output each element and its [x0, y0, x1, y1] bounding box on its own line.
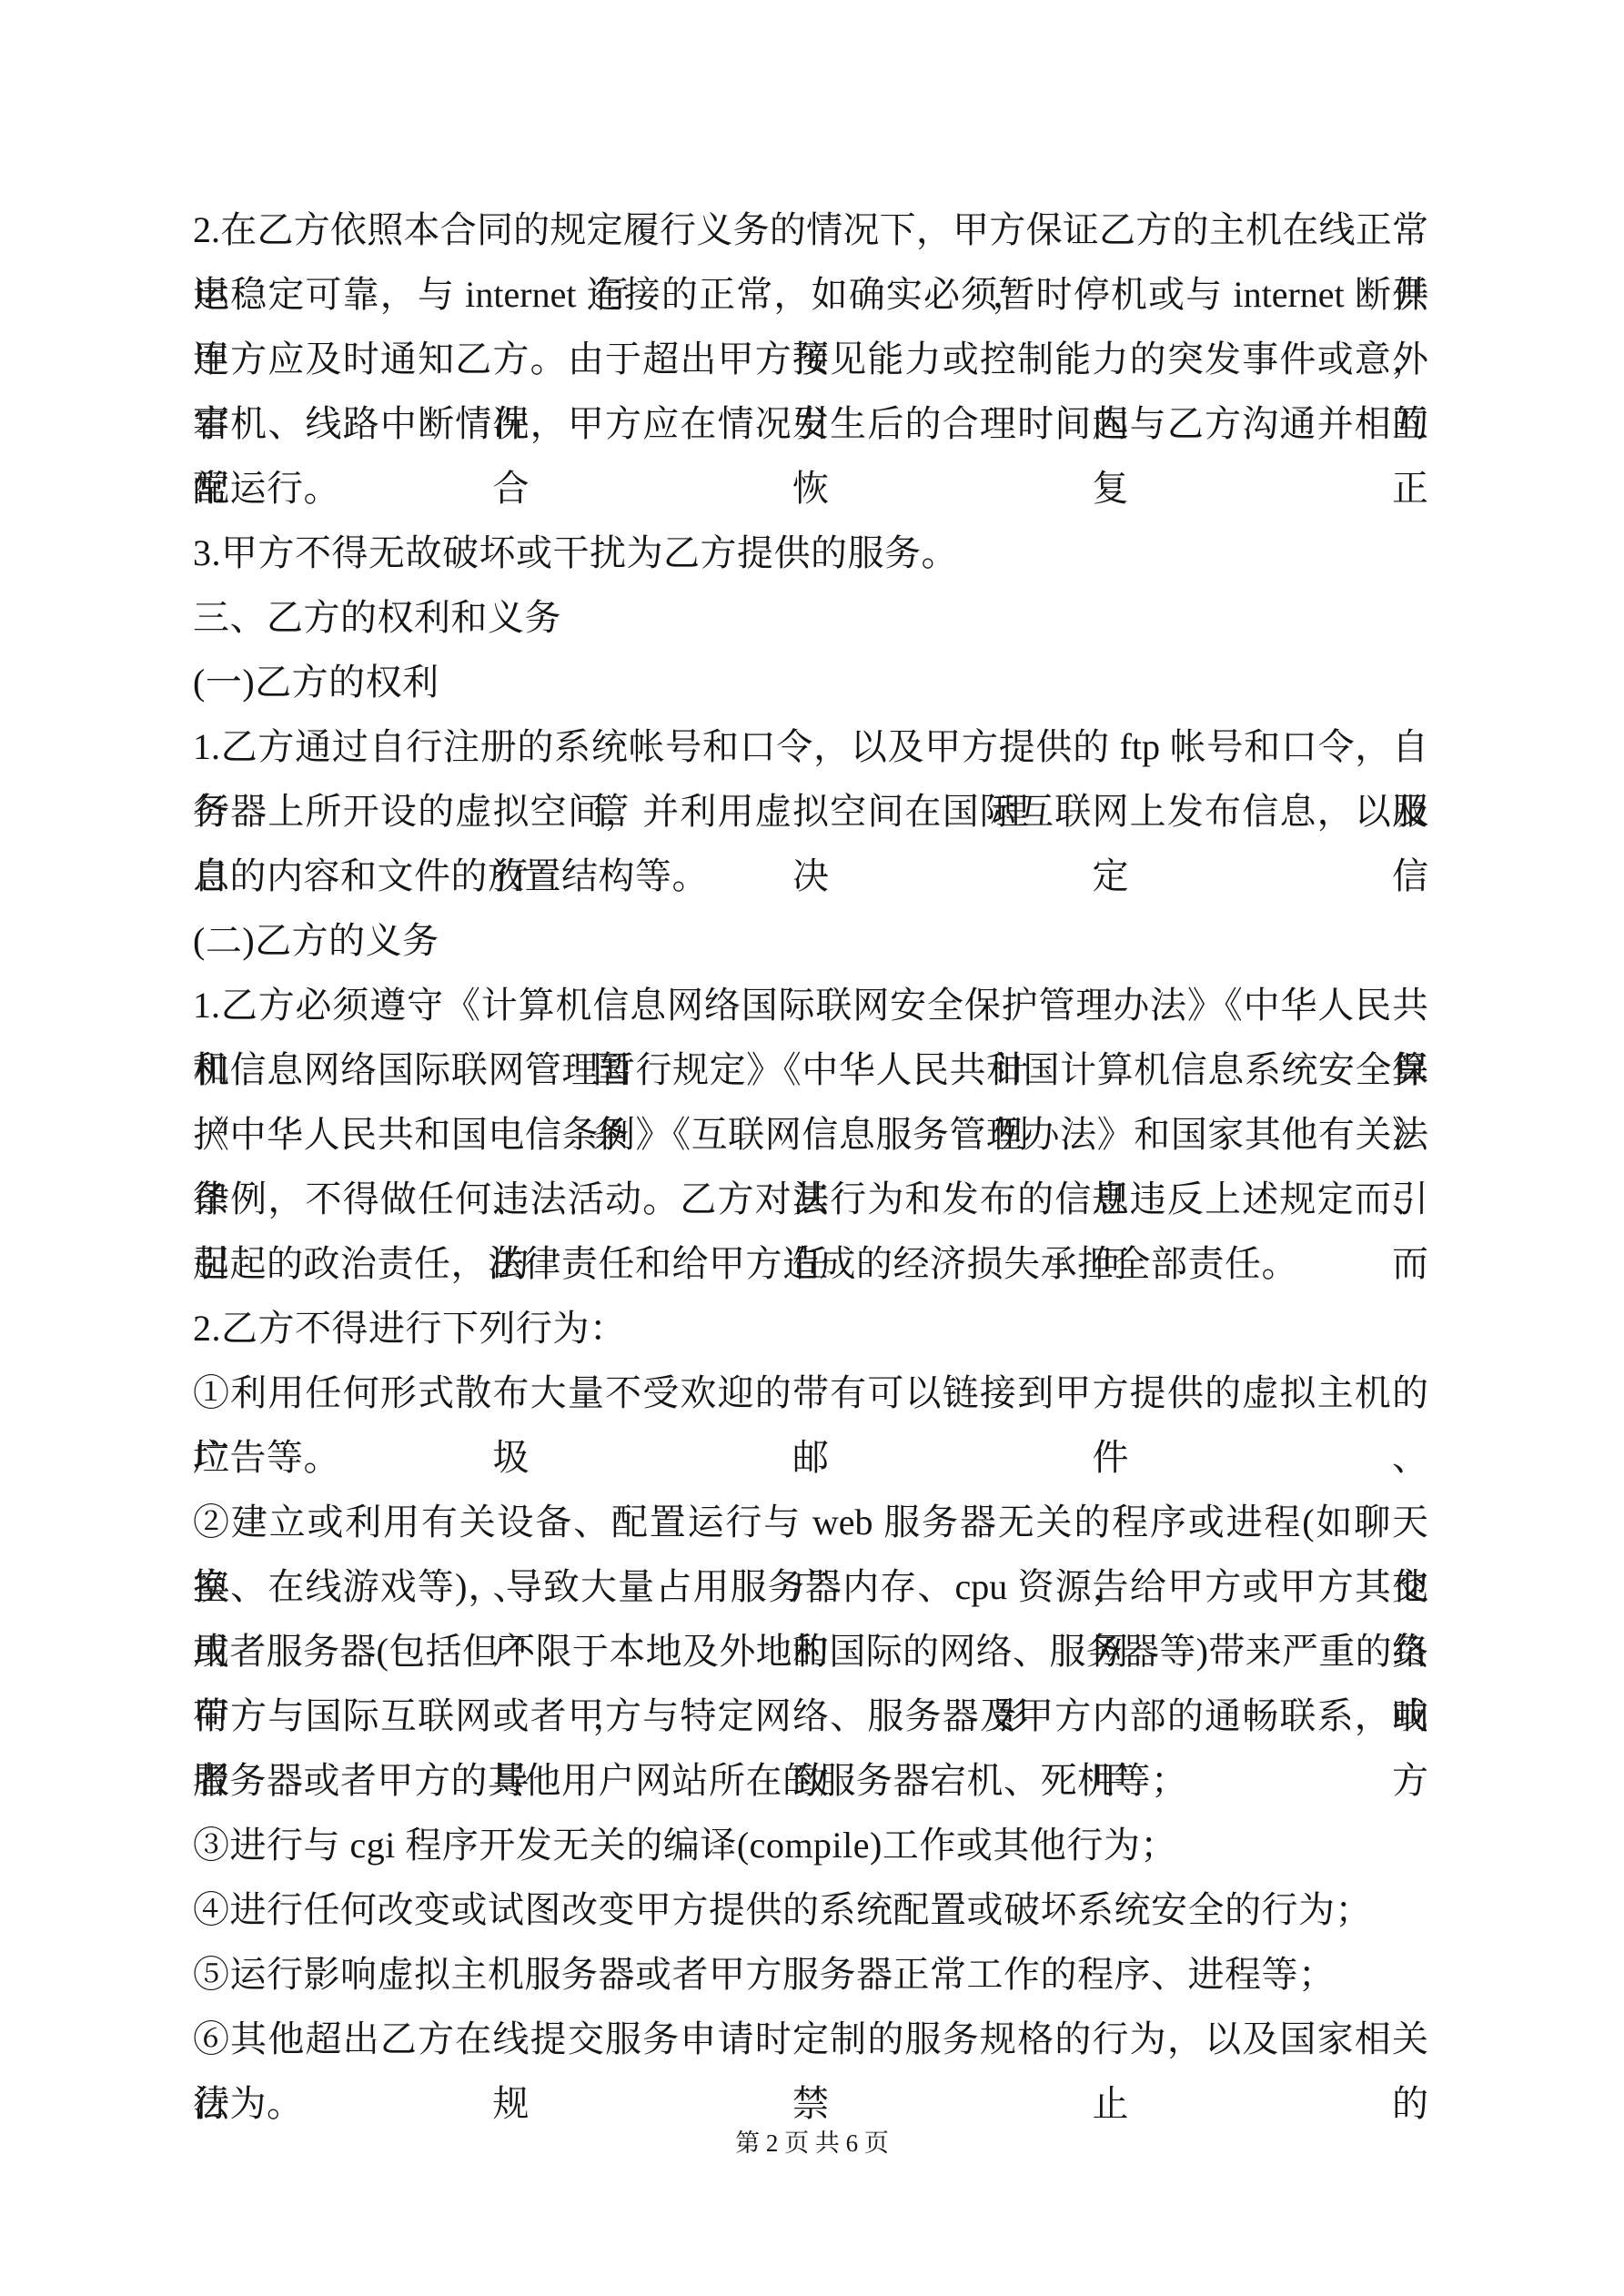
paragraph: 三、乙方的权利和义务 [193, 585, 1428, 650]
paragraph: ⑤运行影响虚拟主机服务器或者甲方服务器正常工作的程序、进程等； [193, 1942, 1428, 2007]
text-line: 机信息网络国际联网管理暂行规定》《中华人民共和国计算机信息系统安全保护条例》 [193, 1037, 1428, 1102]
text-line: 或者服务器(包括但不限于本地及外地和国际的网络、服务器等)带来严重的负荷，影响 [193, 1619, 1428, 1684]
paragraph: ⑥其他超出乙方在线提交服务申请时定制的服务规格的行为，以及国家相关法规禁止的行为… [193, 2007, 1428, 2136]
paragraph: ①利用任何形式散布大量不受欢迎的带有可以链接到甲方提供的虚拟主机的垃圾邮件、广告… [193, 1360, 1428, 1490]
paragraph: 1.乙方必须遵守《计算机信息网络国际联网安全保护管理办法》《中华人民共和国计算机… [193, 973, 1428, 1296]
document-content: 2.在乙方依照本合同的规定履行义务的情况下，甲方保证乙方的主机在线正常运行，供电… [193, 197, 1428, 2136]
text-line: 宕机、线路中断情况，甲方应在情况发生后的合理时间内与乙方沟通并相互配合恢复正 [193, 391, 1428, 456]
document-page: 2.在乙方依照本合同的规定履行义务的情况下，甲方保证乙方的主机在线正常运行，供电… [0, 0, 1624, 2296]
text-line: (一)乙方的权利 [193, 650, 1428, 714]
text-line: ⑥其他超出乙方在线提交服务申请时定制的服务规格的行为，以及国家相关法规禁止的 [193, 2007, 1428, 2071]
text-line: 电稳定可靠，与 internet 连接的正常，如确实必须暂时停机或与 inter… [193, 262, 1428, 327]
paragraph: (一)乙方的权利 [193, 650, 1428, 714]
text-line: 1.乙方必须遵守《计算机信息网络国际联网安全保护管理办法》《中华人民共和国计算 [193, 973, 1428, 1037]
paragraph: ③进行与 cgi 程序开发无关的编译(compile)工作或其他行为； [193, 1813, 1428, 1877]
text-line: ③进行与 cgi 程序开发无关的编译(compile)工作或其他行为； [193, 1813, 1428, 1877]
text-line: 引起的政治责任，法律责任和给甲方造成的经济损失承担全部责任。 [193, 1231, 1428, 1296]
paragraph: (二)乙方的义务 [193, 908, 1428, 973]
text-line: ⑤运行影响虚拟主机服务器或者甲方服务器正常工作的程序、进程等； [193, 1942, 1428, 2007]
text-line: ①利用任何形式散布大量不受欢迎的带有可以链接到甲方提供的虚拟主机的垃圾邮件、 [193, 1360, 1428, 1425]
text-line: 条例，不得做任何违法活动。乙方对其行为和发布的信息违反上述规定而引起的任何而 [193, 1167, 1428, 1231]
paragraph: ②建立或利用有关设备、配置运行与 web 服务器无关的程序或进程(如聊天室、广告… [193, 1490, 1428, 1813]
text-line: 《中华人民共和国电信条例》《互联网信息服务管理办法》和国家其他有关法律、法规、 [193, 1102, 1428, 1167]
paragraph: 2.乙方不得进行下列行为： [193, 1296, 1428, 1360]
text-line: (二)乙方的义务 [193, 908, 1428, 973]
paragraph: 1.乙方通过自行注册的系统帐号和口令，以及甲方提供的 ftp 帐号和口令，自行管… [193, 714, 1428, 908]
text-line: ④进行任何改变或试图改变甲方提供的系统配置或破坏系统安全的行为； [193, 1877, 1428, 1942]
text-line: 甲方与国际互联网或者甲方与特定网络、服务器及甲方内部的通畅联系，或者导致甲方 [193, 1684, 1428, 1748]
page-number-label: 第 2 页 共 6 页 [735, 2129, 889, 2157]
text-line: 2.在乙方依照本合同的规定履行义务的情况下，甲方保证乙方的主机在线正常运行，供 [193, 197, 1428, 262]
paragraph: ④进行任何改变或试图改变甲方提供的系统配置或破坏系统安全的行为； [193, 1877, 1428, 1942]
text-line: 三、乙方的权利和义务 [193, 585, 1428, 650]
text-line: 1.乙方通过自行注册的系统帐号和口令，以及甲方提供的 ftp 帐号和口令，自行管… [193, 714, 1428, 779]
text-line: 甲方应及时通知乙方。由于超出甲方预见能力或控制能力的突发事件或意外事件引起的 [193, 327, 1428, 391]
page-footer: 第 2 页 共 6 页 [0, 2128, 1624, 2159]
paragraph: 3.甲方不得无故破坏或干扰为乙方提供的服务。 [193, 521, 1428, 585]
text-line: 换、在线游戏等)，导致大量占用服务器内存、cpu 资源，给甲方或甲方其他用户的网… [193, 1554, 1428, 1619]
text-line: 3.甲方不得无故破坏或干扰为乙方提供的服务。 [193, 521, 1428, 585]
text-line: 务器上所开设的虚拟空间，并利用虚拟空间在国际互联网上发布信息，以及自行决定信 [193, 779, 1428, 844]
text-line: ②建立或利用有关设备、配置运行与 web 服务器无关的程序或进程(如聊天室、广告… [193, 1490, 1428, 1554]
paragraph: 2.在乙方依照本合同的规定履行义务的情况下，甲方保证乙方的主机在线正常运行，供电… [193, 197, 1428, 521]
text-line: 2.乙方不得进行下列行为： [193, 1296, 1428, 1360]
